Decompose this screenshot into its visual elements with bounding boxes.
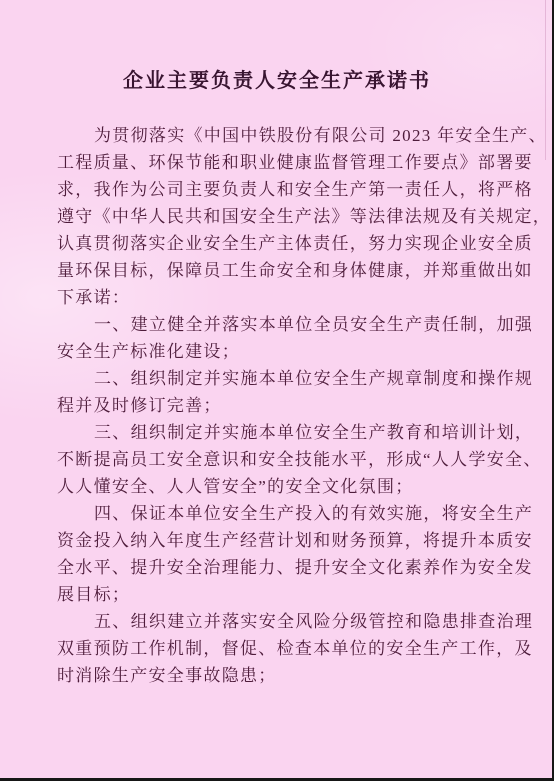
text-line: 一、建立健全并落实本单位全员安全生产责任制，加强 xyxy=(57,311,506,338)
text-line: 程并及时修订完善； xyxy=(57,392,506,419)
text-line: 不断提高员工安全意识和安全技能水平，形成“人人学安全、 xyxy=(57,446,506,473)
text-line: 五、组织建立并落实安全风险分级管控和隐患排查治理 xyxy=(57,608,506,635)
text-line: 量环保目标，保障员工生命安全和身体健康，并郑重做出如 xyxy=(57,257,506,284)
scan-artifact-line xyxy=(545,0,546,160)
document-page: 企业主要负责人安全生产承诺书 为贯彻落实《中国中铁股份有限公司 2023 年安全… xyxy=(0,0,554,781)
text-line: 遵守《中华人民共和国安全生产法》等法律法规及有关规定， xyxy=(57,203,506,230)
text-line: 人人懂安全、人人管安全”的安全文化氛围； xyxy=(57,473,506,500)
text-line: 全水平、提升安全治理能力、提升安全文化素养作为安全发 xyxy=(57,554,506,581)
text-line: 求，我作为公司主要负责人和安全生产第一责任人，将严格 xyxy=(57,176,506,203)
text-line: 双重预防工作机制，督促、检查本单位的安全生产工作，及 xyxy=(57,635,506,662)
text-line: 三、组织制定并实施本单位安全生产教育和培训计划， xyxy=(57,419,506,446)
text-line: 认真贯彻落实企业安全生产主体责任，努力实现企业安全质 xyxy=(57,230,506,257)
text-line: 工程质量、环保节能和职业健康监督管理工作要点》部署要 xyxy=(57,149,506,176)
text-line: 下承诺： xyxy=(57,284,506,311)
text-line: 为贯彻落实《中国中铁股份有限公司 2023 年安全生产、 xyxy=(57,122,506,149)
text-line: 二、组织制定并实施本单位安全生产规章制度和操作规 xyxy=(57,365,506,392)
text-line: 时消除生产安全事故隐患； xyxy=(57,662,506,689)
text-line: 展目标； xyxy=(57,581,506,608)
document-body: 为贯彻落实《中国中铁股份有限公司 2023 年安全生产、工程质量、环保节能和职业… xyxy=(0,122,554,689)
text-line: 安全生产标准化建设； xyxy=(57,338,506,365)
text-line: 资金投入纳入年度生产经营计划和财务预算，将提升本质安 xyxy=(57,527,506,554)
document-title: 企业主要负责人安全生产承诺书 xyxy=(0,0,554,96)
text-line: 四、保证本单位安全生产投入的有效实施，将安全生产 xyxy=(57,500,506,527)
